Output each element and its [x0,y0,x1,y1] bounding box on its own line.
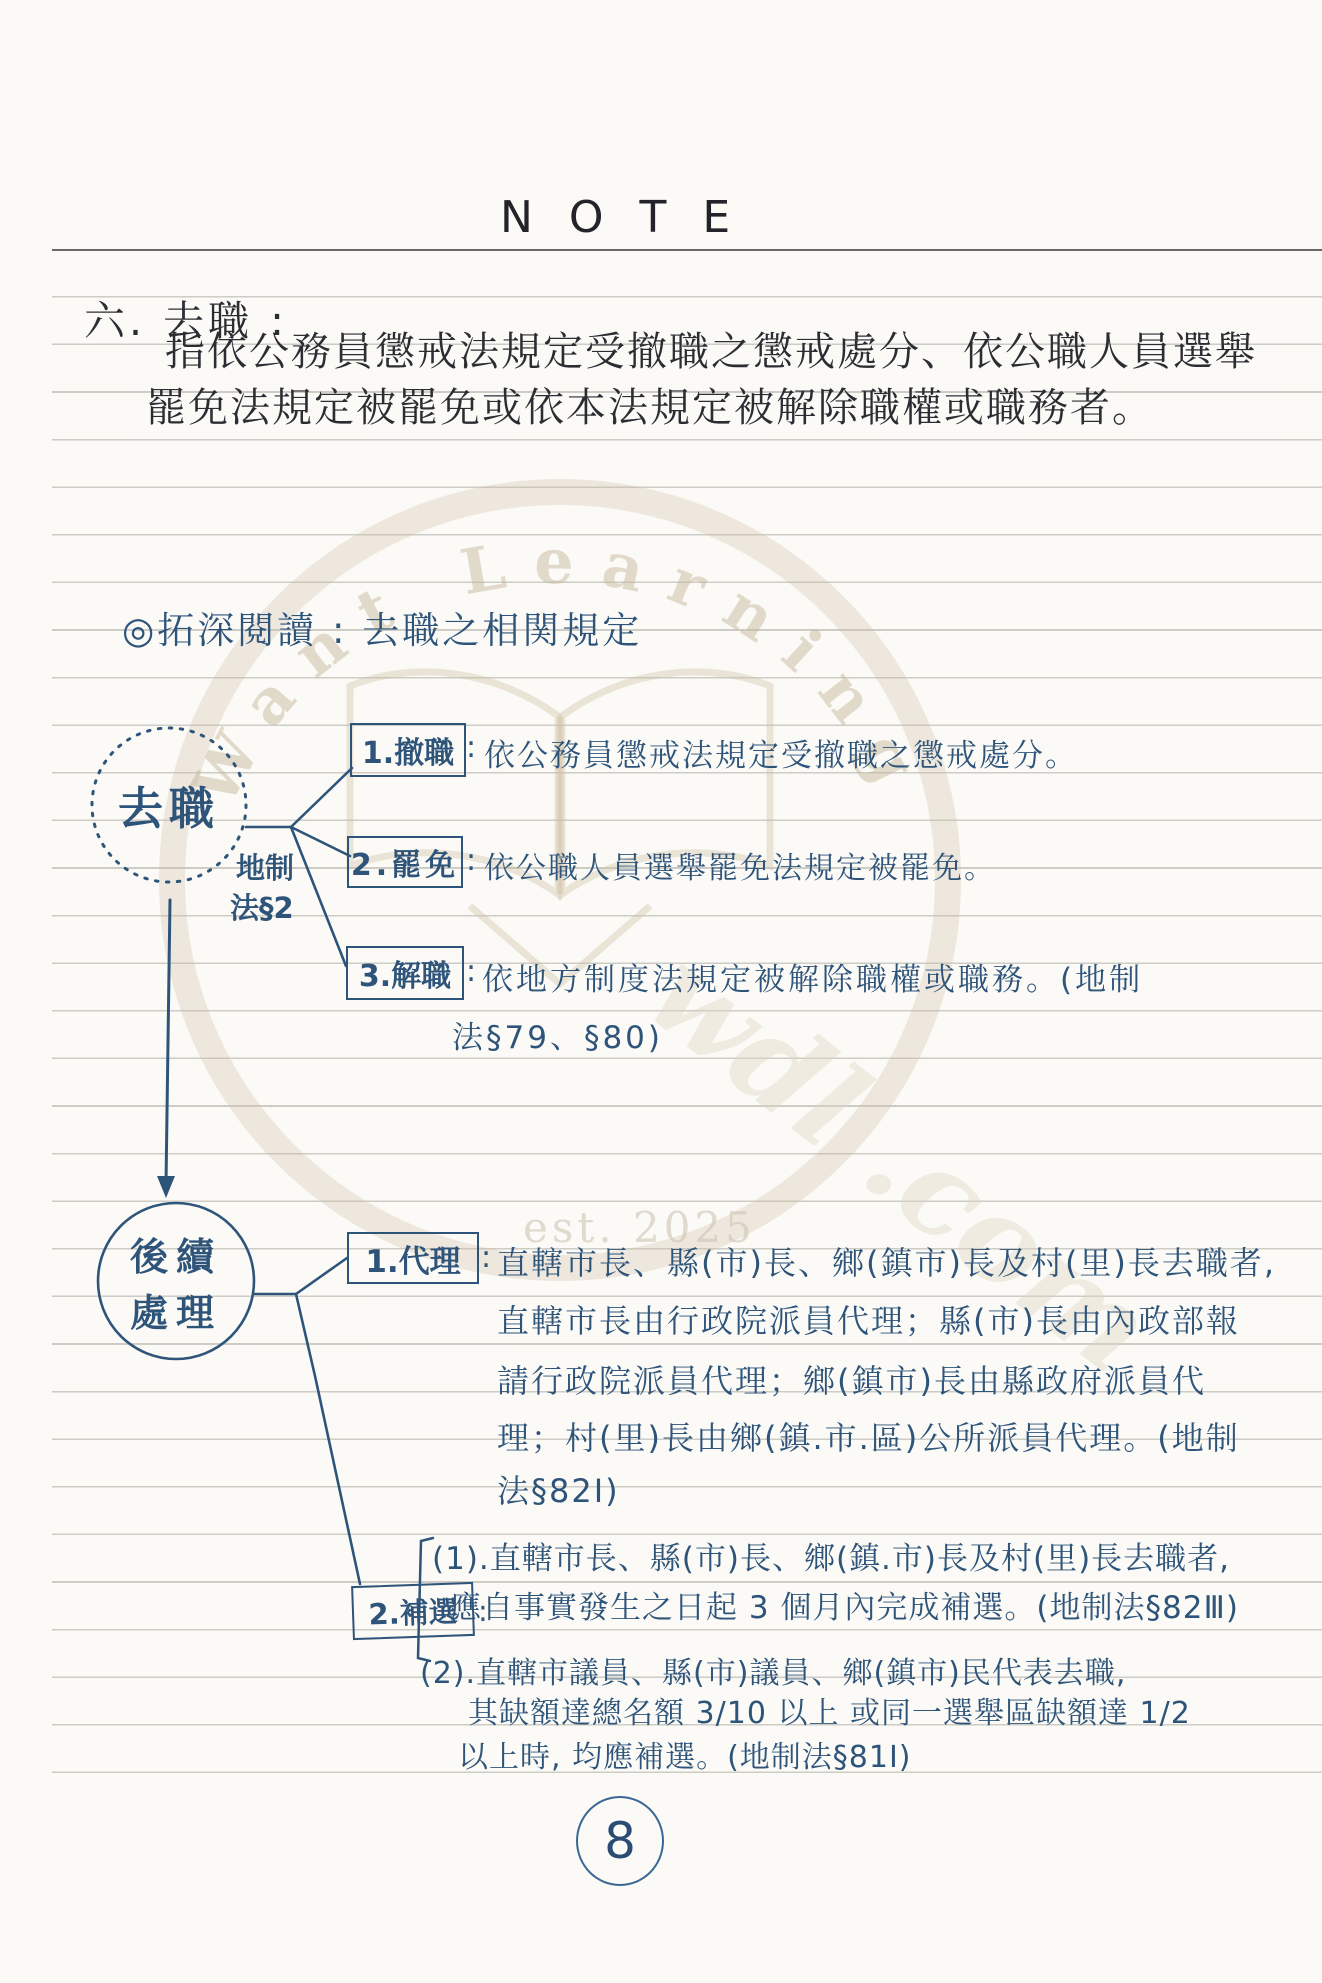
branch-3-desc-line-1: 依地方制度法規定被解除職權或職務。(地制 [482,954,1143,999]
deep-reading-label: ◎拓深閱讀 : 去職之相関規定 [122,600,642,654]
page-number-circle: 8 [576,1796,664,1886]
box-agency: 1.代理 [347,1232,479,1284]
colon: : [466,843,476,878]
agency-line-2: 直轄市長由行政院派員代理；縣(市)長由內政部報 [497,1296,1240,1342]
byelection-item-2-line-1: (2).直轄市議員、縣(市)議員、鄉(鎮市)民代表去職, [420,1648,1126,1692]
colon: : [466,954,476,989]
agency-line-3: 請行政院派員代理；鄉(鎮市)長由縣政府派員代 [497,1356,1206,1402]
notebook-page: Want Learning est. 2025 wdl .com [0,0,1322,1983]
root-circle-label: 去職 [109,772,229,837]
page-number: 8 [604,1812,636,1870]
box-revocation: 1.撤職 [350,723,466,777]
followup-circle-line-2: 處理 [116,1282,236,1337]
agency-line-1: 直轄市長、縣(市)長、鄉(鎮市)長及村(里)長去職者, [497,1238,1276,1284]
root-ref-line-2: 法§2 [230,886,294,927]
box-dismissal: 3.解職 [346,946,464,1000]
byelection-item-1-line-1: (1).直轄市長、縣(市)長、鄉(鎮.市)長及村(里)長去職者, [432,1533,1230,1578]
byelection-item-2-line-2: 其缺額達總名額 3/10 以上 或同一選舉區缺額達 1/2 [468,1688,1191,1732]
box-recall: 2.罷免 [347,836,463,888]
definition-line-2: 罷免法規定被罷免或依本法規定被解除職權或職務者。 [146,376,1154,433]
agency-line-5: 法§82Ⅰ) [497,1466,620,1512]
agency-line-4: 理；村(里)長由鄉(鎮.市.區)公所派員代理。(地制 [497,1413,1240,1459]
page-title: NOTE [500,192,766,243]
colon: : [466,730,476,765]
byelection-item-2-line-3: 以上時, 均應補選。(地制法§81Ⅰ) [458,1732,912,1776]
followup-circle-line-1: 後續 [116,1226,236,1281]
branch-2-desc: 依公職人員選舉罷免法規定被罷免。 [484,843,996,887]
byelection-item-1-line-2: 應自事實發生之日起 3 個月內完成補選。(地制法§82Ⅲ) [450,1582,1239,1627]
branch-1-desc: 依公務員懲戒法規定受撤職之懲戒處分。 [484,730,1078,775]
definition-line-1: 指依公務員懲戒法規定受撤職之懲戒處分、依公職人員選舉 [165,320,1257,377]
root-ref-line-1: 地制 [236,846,294,887]
branch-3-desc-line-2: 法§79、§80) [452,1012,663,1057]
arrow-head [157,1176,175,1198]
colon: : [481,1240,491,1275]
